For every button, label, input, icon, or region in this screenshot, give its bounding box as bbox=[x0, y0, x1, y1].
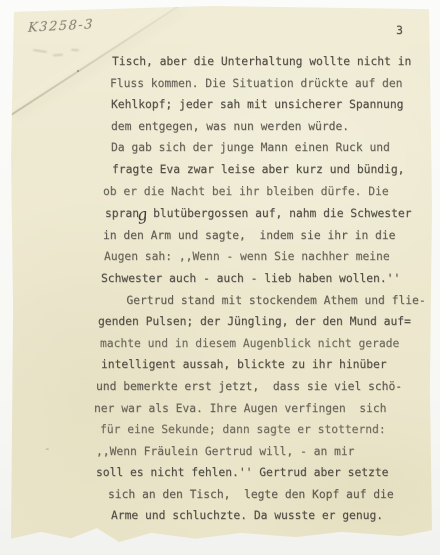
typed-line: dem entgegen, was nun werden würde. bbox=[111, 116, 430, 138]
typed-line-part: blutübergossen auf, nahm die Schwester bbox=[146, 207, 411, 220]
typed-line: Augen sah: ,,Wenn - wenn Sie nachher mei… bbox=[104, 246, 430, 268]
typed-line: ,,Wenn Fräulein Gertrud will, - an mir bbox=[96, 441, 430, 463]
typed-line: soll es nicht fehlen.'' Gertrud aber set… bbox=[96, 462, 430, 484]
typed-line: Tisch, aber die Unterhaltung wollte nich… bbox=[112, 51, 430, 73]
typed-line: Fluss kommen. Die Situation drückte auf … bbox=[110, 73, 430, 95]
erased-pencil-smudge bbox=[53, 53, 63, 56]
margin-pencil-dash: - bbox=[44, 442, 51, 455]
typed-line: Da gab sich der junge Mann einen Ruck un… bbox=[111, 137, 430, 159]
page-number: 3 bbox=[396, 23, 403, 37]
erased-pencil-smudge bbox=[71, 49, 79, 52]
typed-line: genden Pulsen; der Jüngling, der den Mun… bbox=[98, 311, 430, 333]
paper-sheet: K3258-3 3 - Tisch, aber die Unterhaltung… bbox=[11, 6, 432, 542]
ink-speck bbox=[77, 70, 79, 72]
typed-line: machte und in diesem Augenblick nicht ge… bbox=[100, 333, 430, 355]
typed-line: Arme und schluchzte. Da wusste er genug. bbox=[111, 505, 430, 527]
catalog-mark-pencil: K3258-3 bbox=[28, 17, 95, 36]
typed-line-with-correction: sprang blutübergossen auf, nahm die Schw… bbox=[105, 202, 430, 225]
typed-line: sich an den Tisch, legte den Kopf auf di… bbox=[108, 484, 430, 506]
typed-line: ob er die Nacht bei ihr bleiben dürfe. D… bbox=[103, 181, 430, 203]
typed-line-part: spran bbox=[105, 207, 139, 220]
erased-pencil-smudge bbox=[33, 49, 47, 53]
typed-line: für eine Sekunde; dann sagte er stottern… bbox=[100, 419, 430, 441]
typed-line: in den Arm und sagte, indem sie ihr in d… bbox=[103, 225, 430, 247]
typed-text-block: Tisch, aber die Unterhaltung wollte nich… bbox=[100, 51, 430, 527]
typed-line: ner war als Eva. Ihre Augen verfingen si… bbox=[94, 398, 430, 420]
typed-line: Schwester auch - auch - lieb haben wolle… bbox=[101, 268, 430, 290]
typed-line: fragte Eva zwar leise aber kurz und bünd… bbox=[112, 159, 430, 181]
typed-line: und bemerkte erst jetzt, dass sie viel s… bbox=[96, 376, 430, 398]
typed-line: Kehlkopf; jeder sah mit unsicherer Spann… bbox=[111, 94, 430, 116]
manuscript-page-photo: K3258-3 3 - Tisch, aber die Unterhaltung… bbox=[0, 0, 440, 555]
typed-line: intelligent aussah, blickte zu ihr hinüb… bbox=[101, 354, 430, 376]
typed-line: Gertrud stand mit stockendem Athem und f… bbox=[106, 290, 430, 312]
